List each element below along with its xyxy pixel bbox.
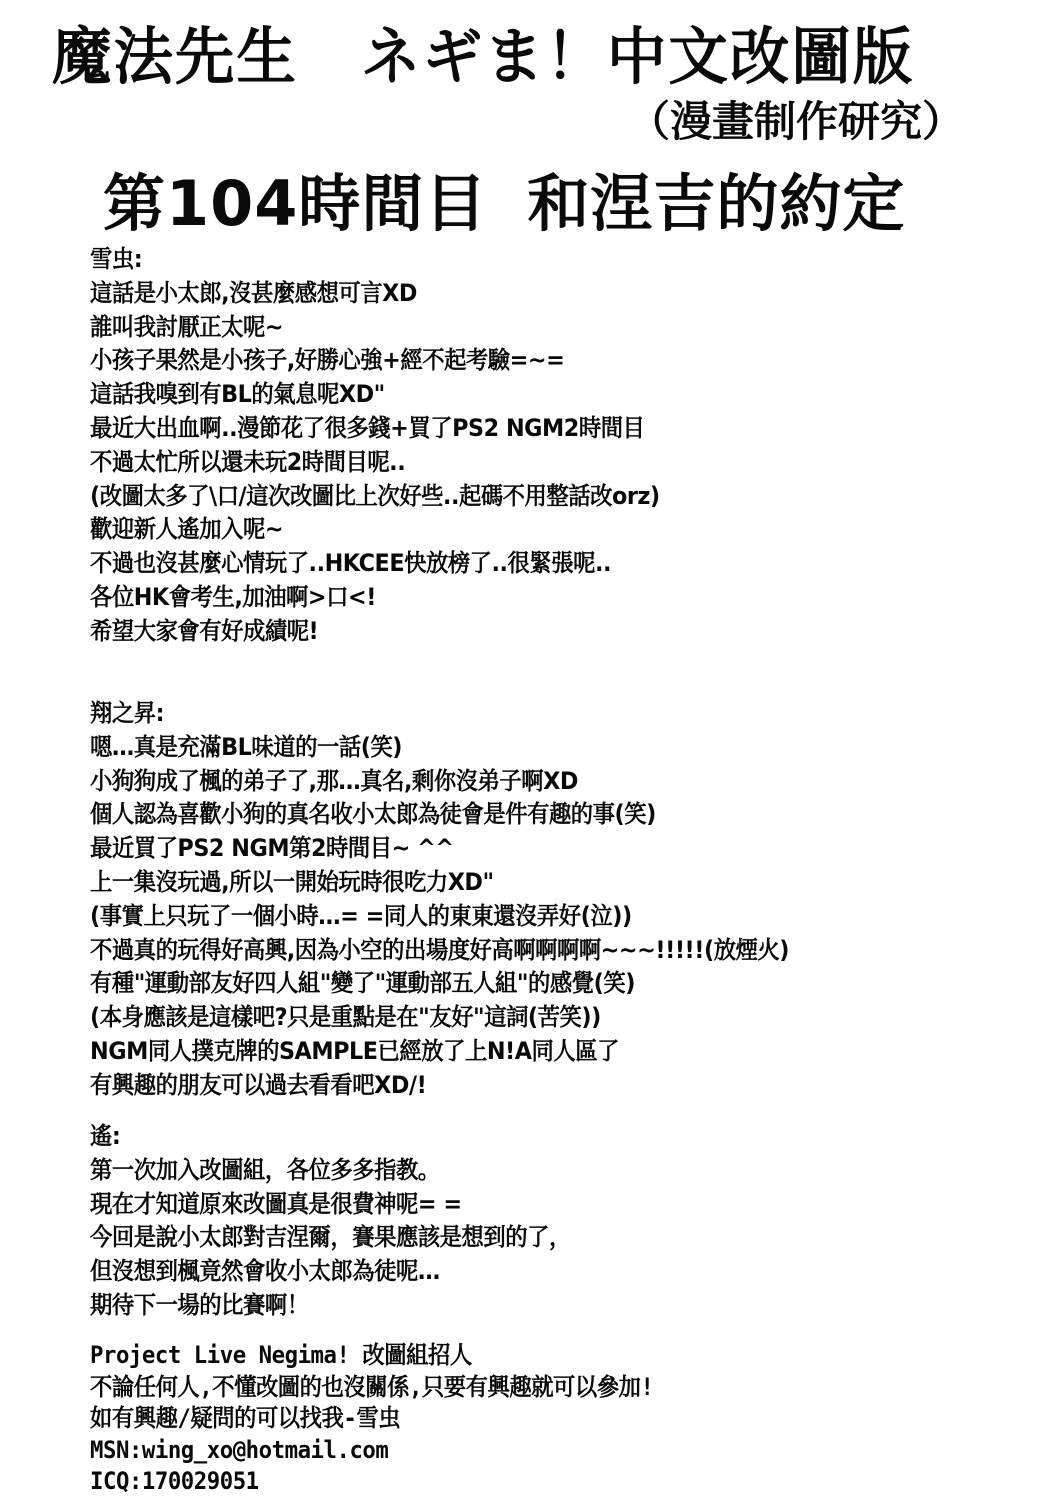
comment-author: 遙: [90,1120,571,1154]
comment-line: 希望大家會有好成績呢! [90,615,660,649]
comment-line: 不過真的玩得好高興,因為小空的出場度好高啊啊啊啊~~~!!!!!(放煙火) [90,934,789,968]
comment-line: (改圖太多了\口/這次改圖比上次好些..起碼不用整話改orz) [90,480,660,514]
recruit-line: 不論任何人,不懂改圖的也沒關係,只要有興趣就可以參加! [90,1372,653,1404]
comment-author: 雪虫: [90,243,660,277]
icq-number: ICQ:170029051 [90,1466,653,1498]
comment-line: 最近買了PS2 NGM第2時間目~ ^^ [90,832,789,866]
comment-line: 這話我嗅到有BL的氣息呢XD" [90,378,660,412]
comment-line: 期待下一場的比賽啊！ [90,1289,571,1323]
series-title-left: 魔法先生 [52,20,298,93]
series-title: 魔法先生ネギま！中文改圖版 [52,22,914,92]
comment-line: 今回是說小太郎對吉涅爾，賽果應該是想到的了， [90,1221,571,1255]
comment-line: 小狗狗成了楓的弟子了,那…真名,剩你沒弟子啊XD [90,765,789,799]
comment-line: (事實上只玩了一個小時…= =同人的東東還沒弄好(泣)) [90,900,789,934]
comment-line: 不過也沒甚麼心情玩了..HKCEE快放榜了..很緊張呢.. [90,547,660,581]
comment-line: 第一次加入改圖組，各位多多指教。 [90,1154,571,1188]
comment-line: 這話是小太郎,沒甚麼感想可言XD [90,277,660,311]
recruit-contact: 如有興趣/疑問的可以找我-雪虫 [90,1403,653,1435]
msn-address: MSN:wing_xo@hotmail.com [90,1435,653,1467]
comment-line: 個人認為喜歡小狗的真名收小太郎為徒會是件有趣的事(笑) [90,798,789,832]
recruit-heading: Project Live Negima! 改圖組招人 [90,1340,653,1372]
comment-line: 小孩子果然是小孩子,好勝心強+經不起考驗=~= [90,344,660,378]
comment-line: 不過太忙所以還未玩2時間目呢.. [90,446,660,480]
recruitment-notice: Project Live Negima! 改圖組招人 不論任何人,不懂改圖的也沒… [90,1340,696,1498]
comment-line: 誰叫我討厭正太呢~ [90,311,660,345]
comment-section-yukimushi: 雪虫: 這話是小太郎,沒甚麼感想可言XD 誰叫我討厭正太呢~ 小孩子果然是小孩子… [90,243,703,649]
comment-line: 各位HK會考生,加油啊>口<! [90,581,660,615]
series-title-right: ネギま！中文改圖版 [361,20,914,93]
comment-line: 有興趣的朋友可以過去看看吧XD/! [90,1069,789,1103]
comment-author: 翔之昇: [90,697,789,731]
comment-line: 有種"運動部友好四人組"變了"運動部五人組"的感覺(笑) [90,967,789,1001]
comment-line: 歡迎新人遙加入呢~ [90,513,660,547]
comment-line: 現在才知道原來改圖真是很費神呢= = [90,1188,571,1222]
comment-line: NGM同人撲克牌的SAMPLE已經放了上N!A同人區了 [90,1035,789,1069]
comment-line: 嗯…真是充滿BL味道的一話(笑) [90,731,789,765]
chapter-number: 第104時間目 [103,167,487,240]
series-subtitle: （漫畫制作研究） [628,98,964,146]
chapter-title: 和涅吉的約定 [527,167,905,240]
comment-line: 最近大出血啊..漫節花了很多錢+買了PS2 NGM2時間目 [90,412,660,446]
comment-line: (本身應該是這樣吧?只是重點是在"友好"這詞(苦笑)) [90,1001,789,1035]
comment-line: 上一集沒玩過,所以一開始玩時很吃力XD" [90,866,789,900]
comment-section-yao: 遙: 第一次加入改圖組，各位多多指教。 現在才知道原來改圖真是很費神呢= = 今… [90,1120,607,1323]
chapter-heading: 第104時間目和涅吉的約定 [103,168,905,240]
comment-section-shouzhisheng: 翔之昇: 嗯…真是充滿BL味道的一話(笑) 小狗狗成了楓的弟子了,那…真名,剩你… [90,697,842,1103]
comment-line: 但沒想到楓竟然會收小太郎為徒呢… [90,1255,571,1289]
